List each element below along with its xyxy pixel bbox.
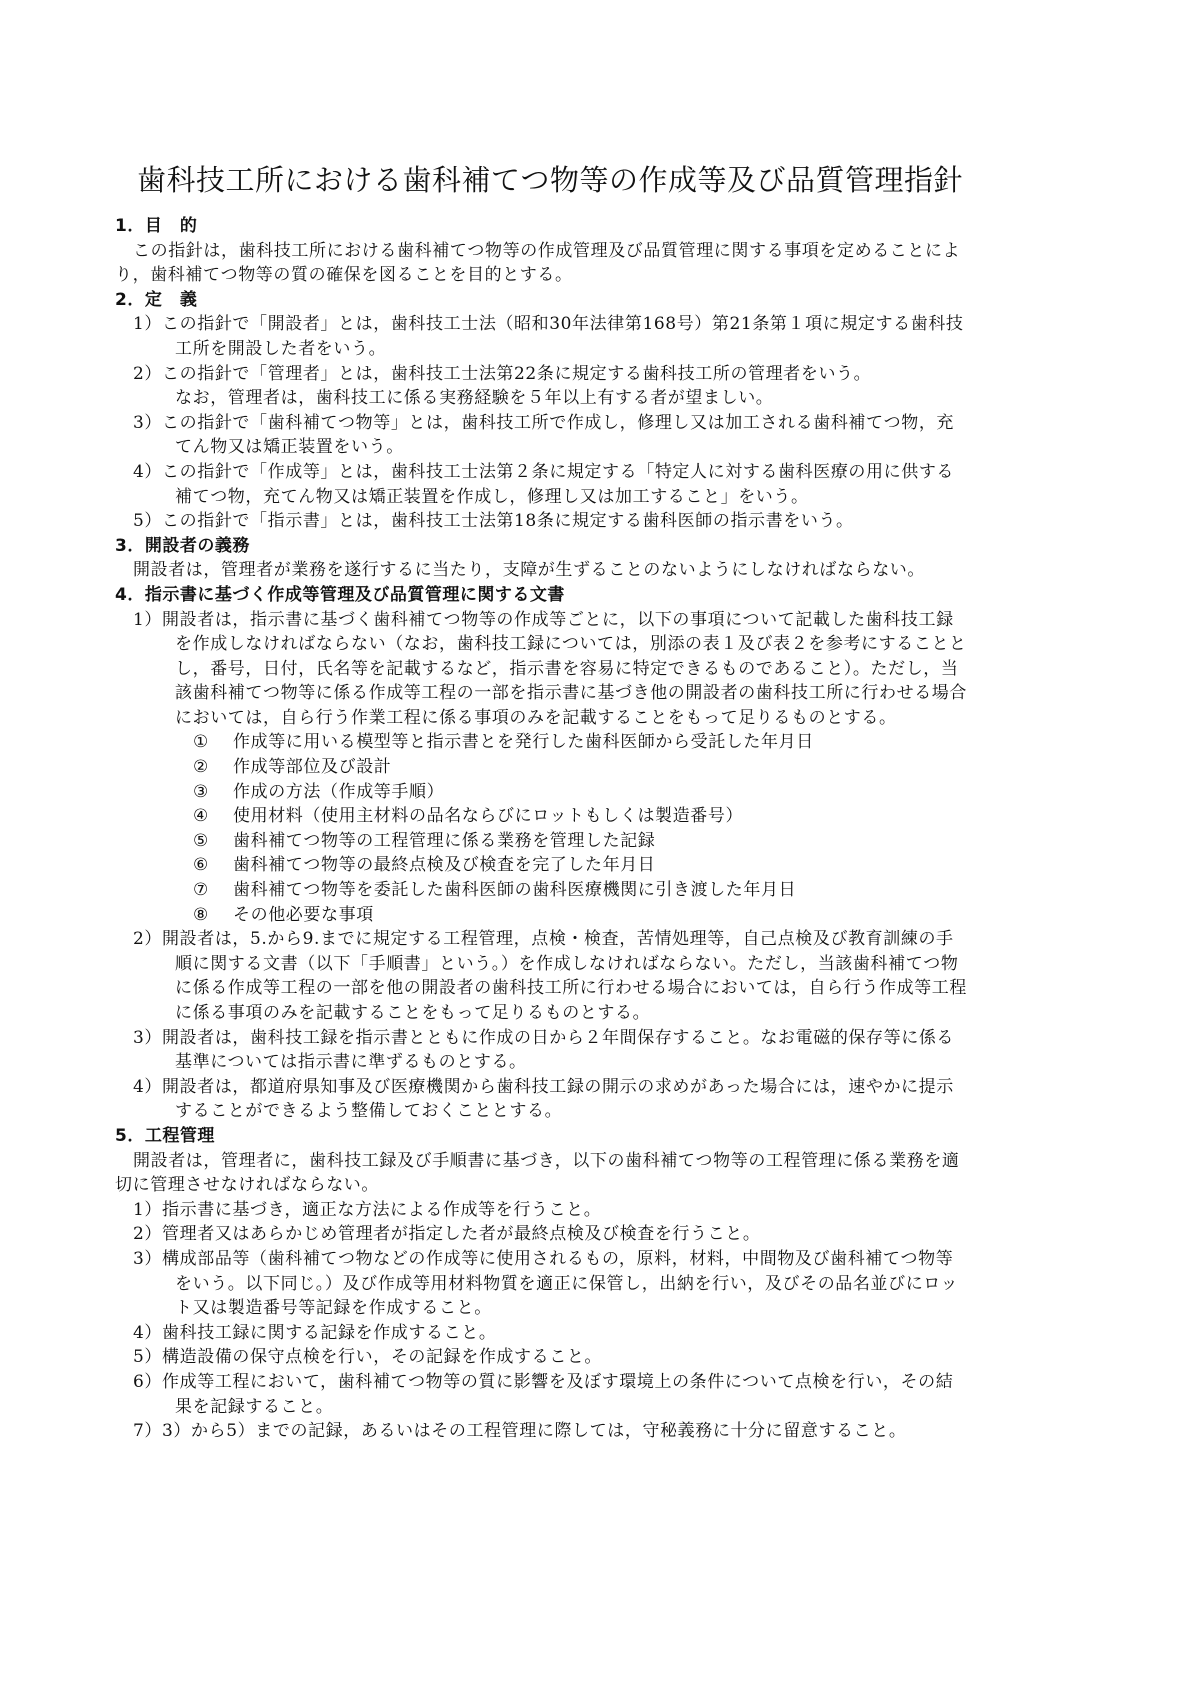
list-item: 4）開設者は，都道府県知事及び医療機関から歯科技工録の開示の求めがあった場合には… [115, 1075, 1005, 1100]
list-item-cont: を作成しなければならない（なお，歯科技工録については，別添の表１及び表２を参考に… [115, 632, 1005, 657]
definition-item-cont: 補てつ物，充てん物又は矯正装置を作成し，修理し又は加工すること」をいう。 [115, 485, 1005, 510]
item-text: 歯科補てつ物等の工程管理に係る業務を管理した記録 [233, 831, 655, 851]
record-item: ⑥歯科補てつ物等の最終点検及び検査を完了した年月日 [115, 853, 1005, 878]
section-heading-3: 3．開設者の義務 [115, 534, 1005, 559]
item-text: 使用材料（使用主材料の品名ならびにロットもしくは製造番号） [233, 806, 743, 826]
definition-item-cont: なお，管理者は，歯科技工に係る実務経験を５年以上有する者が望ましい。 [115, 386, 1005, 411]
document-title: 歯科技工所における歯科補てつ物等の作成等及び品質管理指針 [0, 160, 1100, 200]
paragraph-line: 開設者は，管理者に，歯科技工録及び手順書に基づき，以下の歯科補てつ物等の工程管理… [115, 1149, 1005, 1174]
paragraph-line: り，歯科補てつ物等の質の確保を図ることを目的とする。 [115, 263, 1005, 288]
document-body: 1．目 的 この指針は，歯科技工所における歯科補てつ物等の作成管理及び品質管理に… [115, 214, 1005, 1444]
list-item: 3）開設者は，歯科技工録を指示書とともに作成の日から２年間保存すること。なお電磁… [115, 1026, 1005, 1051]
item-text: 歯科補てつ物等を委託した歯科医師の歯科医療機関に引き渡した年月日 [233, 880, 796, 900]
document-page: 歯科技工所における歯科補てつ物等の作成等及び品質管理指針 1．目 的 この指針は… [0, 0, 1200, 1702]
list-item: 2）管理者又はあらかじめ管理者が指定した者が最終点検及び検査を行うこと。 [115, 1222, 1005, 1247]
list-item-cont: ト又は製造番号等記録を作成すること。 [115, 1296, 1005, 1321]
list-item: 6）作成等工程において，歯科補てつ物等の質に影響を及ぼす環境上の条件について点検… [115, 1370, 1005, 1395]
list-item-cont: 順に関する文書（以下「手順書」という。）を作成しなければならない。ただし，当該歯… [115, 952, 1005, 977]
list-item: 4）歯科技工録に関する記録を作成すること。 [115, 1321, 1005, 1346]
list-item: 5）構造設備の保守点検を行い，その記録を作成すること。 [115, 1345, 1005, 1370]
item-marker: ⑥ [193, 853, 233, 878]
definition-item-cont: てん物又は矯正装置をいう。 [115, 435, 1005, 460]
record-item: ④使用材料（使用主材料の品名ならびにロットもしくは製造番号） [115, 804, 1005, 829]
item-marker: ⑦ [193, 878, 233, 903]
list-item-cont: することができるよう整備しておくこととする。 [115, 1099, 1005, 1124]
section-heading-5: 5．工程管理 [115, 1124, 1005, 1149]
section-heading-2: 2．定 義 [115, 288, 1005, 313]
item-marker: ⑧ [193, 903, 233, 928]
record-item: ③作成の方法（作成等手順） [115, 780, 1005, 805]
definition-item: 2）この指針で「管理者」とは，歯科技工士法第22条に規定する歯科技工所の管理者を… [115, 362, 1005, 387]
item-text: その他必要な事項 [233, 905, 374, 925]
definition-item: 3）この指針で「歯科補てつ物等」とは，歯科技工所で作成し，修理し又は加工される歯… [115, 411, 1005, 436]
item-text: 作成等に用いる模型等と指示書とを発行した歯科医師から受託した年月日 [233, 732, 814, 752]
section-heading-4: 4．指示書に基づく作成等管理及び品質管理に関する文書 [115, 583, 1005, 608]
item-marker: ④ [193, 804, 233, 829]
list-item-cont: に係る事項のみを記載することをもって足りるものとする。 [115, 1001, 1005, 1026]
record-item: ⑧その他必要な事項 [115, 903, 1005, 928]
list-item-cont: 果を記録すること。 [115, 1395, 1005, 1420]
item-marker: ① [193, 730, 233, 755]
record-item: ⑦歯科補てつ物等を委託した歯科医師の歯科医療機関に引き渡した年月日 [115, 878, 1005, 903]
section-heading-1: 1．目 的 [115, 214, 1005, 239]
list-item-cont: 該歯科補てつ物等に係る作成等工程の一部を指示書に基づき他の開設者の歯科技工所に行… [115, 681, 1005, 706]
list-item: 1）開設者は，指示書に基づく歯科補てつ物等の作成等ごとに，以下の事項について記載… [115, 608, 1005, 633]
list-item-cont: をいう。以下同じ。）及び作成等用材料物質を適正に保管し，出納を行い，及びその品名… [115, 1272, 1005, 1297]
record-item: ①作成等に用いる模型等と指示書とを発行した歯科医師から受託した年月日 [115, 730, 1005, 755]
record-item: ⑤歯科補てつ物等の工程管理に係る業務を管理した記録 [115, 829, 1005, 854]
paragraph-line: 開設者は，管理者が業務を遂行するに当たり，支障が生ずることのないようにしなければ… [115, 558, 1005, 583]
list-item-cont: し，番号，日付，氏名等を記載するなど，指示書を容易に特定できるものであること）。… [115, 657, 1005, 682]
paragraph-line: この指針は，歯科技工所における歯科補てつ物等の作成管理及び品質管理に関する事項を… [115, 239, 1005, 264]
list-item-cont: 基準については指示書に準ずるものとする。 [115, 1050, 1005, 1075]
item-text: 歯科補てつ物等の最終点検及び検査を完了した年月日 [233, 855, 655, 875]
item-text: 作成等部位及び設計 [233, 757, 391, 777]
paragraph-line: 切に管理させなければならない。 [115, 1173, 1005, 1198]
list-item: 2）開設者は，5.から9.までに規定する工程管理，点検・検査，苦情処理等，自己点… [115, 927, 1005, 952]
list-item-cont: に係る作成等工程の一部を他の開設者の歯科技工所に行わせる場合においては，自ら行う… [115, 976, 1005, 1001]
record-item: ②作成等部位及び設計 [115, 755, 1005, 780]
list-item: 1）指示書に基づき，適正な方法による作成等を行うこと。 [115, 1198, 1005, 1223]
definition-item-cont: 工所を開設した者をいう。 [115, 337, 1005, 362]
list-item-cont: においては，自ら行う作業工程に係る事項のみを記載することをもって足りるものとする… [115, 706, 1005, 731]
list-item: 7）3）から5）までの記録，あるいはその工程管理に際しては，守秘義務に十分に留意… [115, 1419, 1005, 1444]
definition-item: 4）この指針で「作成等」とは，歯科技工士法第２条に規定する「特定人に対する歯科医… [115, 460, 1005, 485]
item-text: 作成の方法（作成等手順） [233, 782, 444, 802]
definition-item: 1）この指針で「開設者」とは，歯科技工士法（昭和30年法律第168号）第21条第… [115, 312, 1005, 337]
item-marker: ② [193, 755, 233, 780]
item-marker: ⑤ [193, 829, 233, 854]
item-marker: ③ [193, 780, 233, 805]
definition-item: 5）この指針で「指示書」とは，歯科技工士法第18条に規定する歯科医師の指示書をい… [115, 509, 1005, 534]
list-item: 3）構成部品等（歯科補てつ物などの作成等に使用されるもの，原料，材料，中間物及び… [115, 1247, 1005, 1272]
